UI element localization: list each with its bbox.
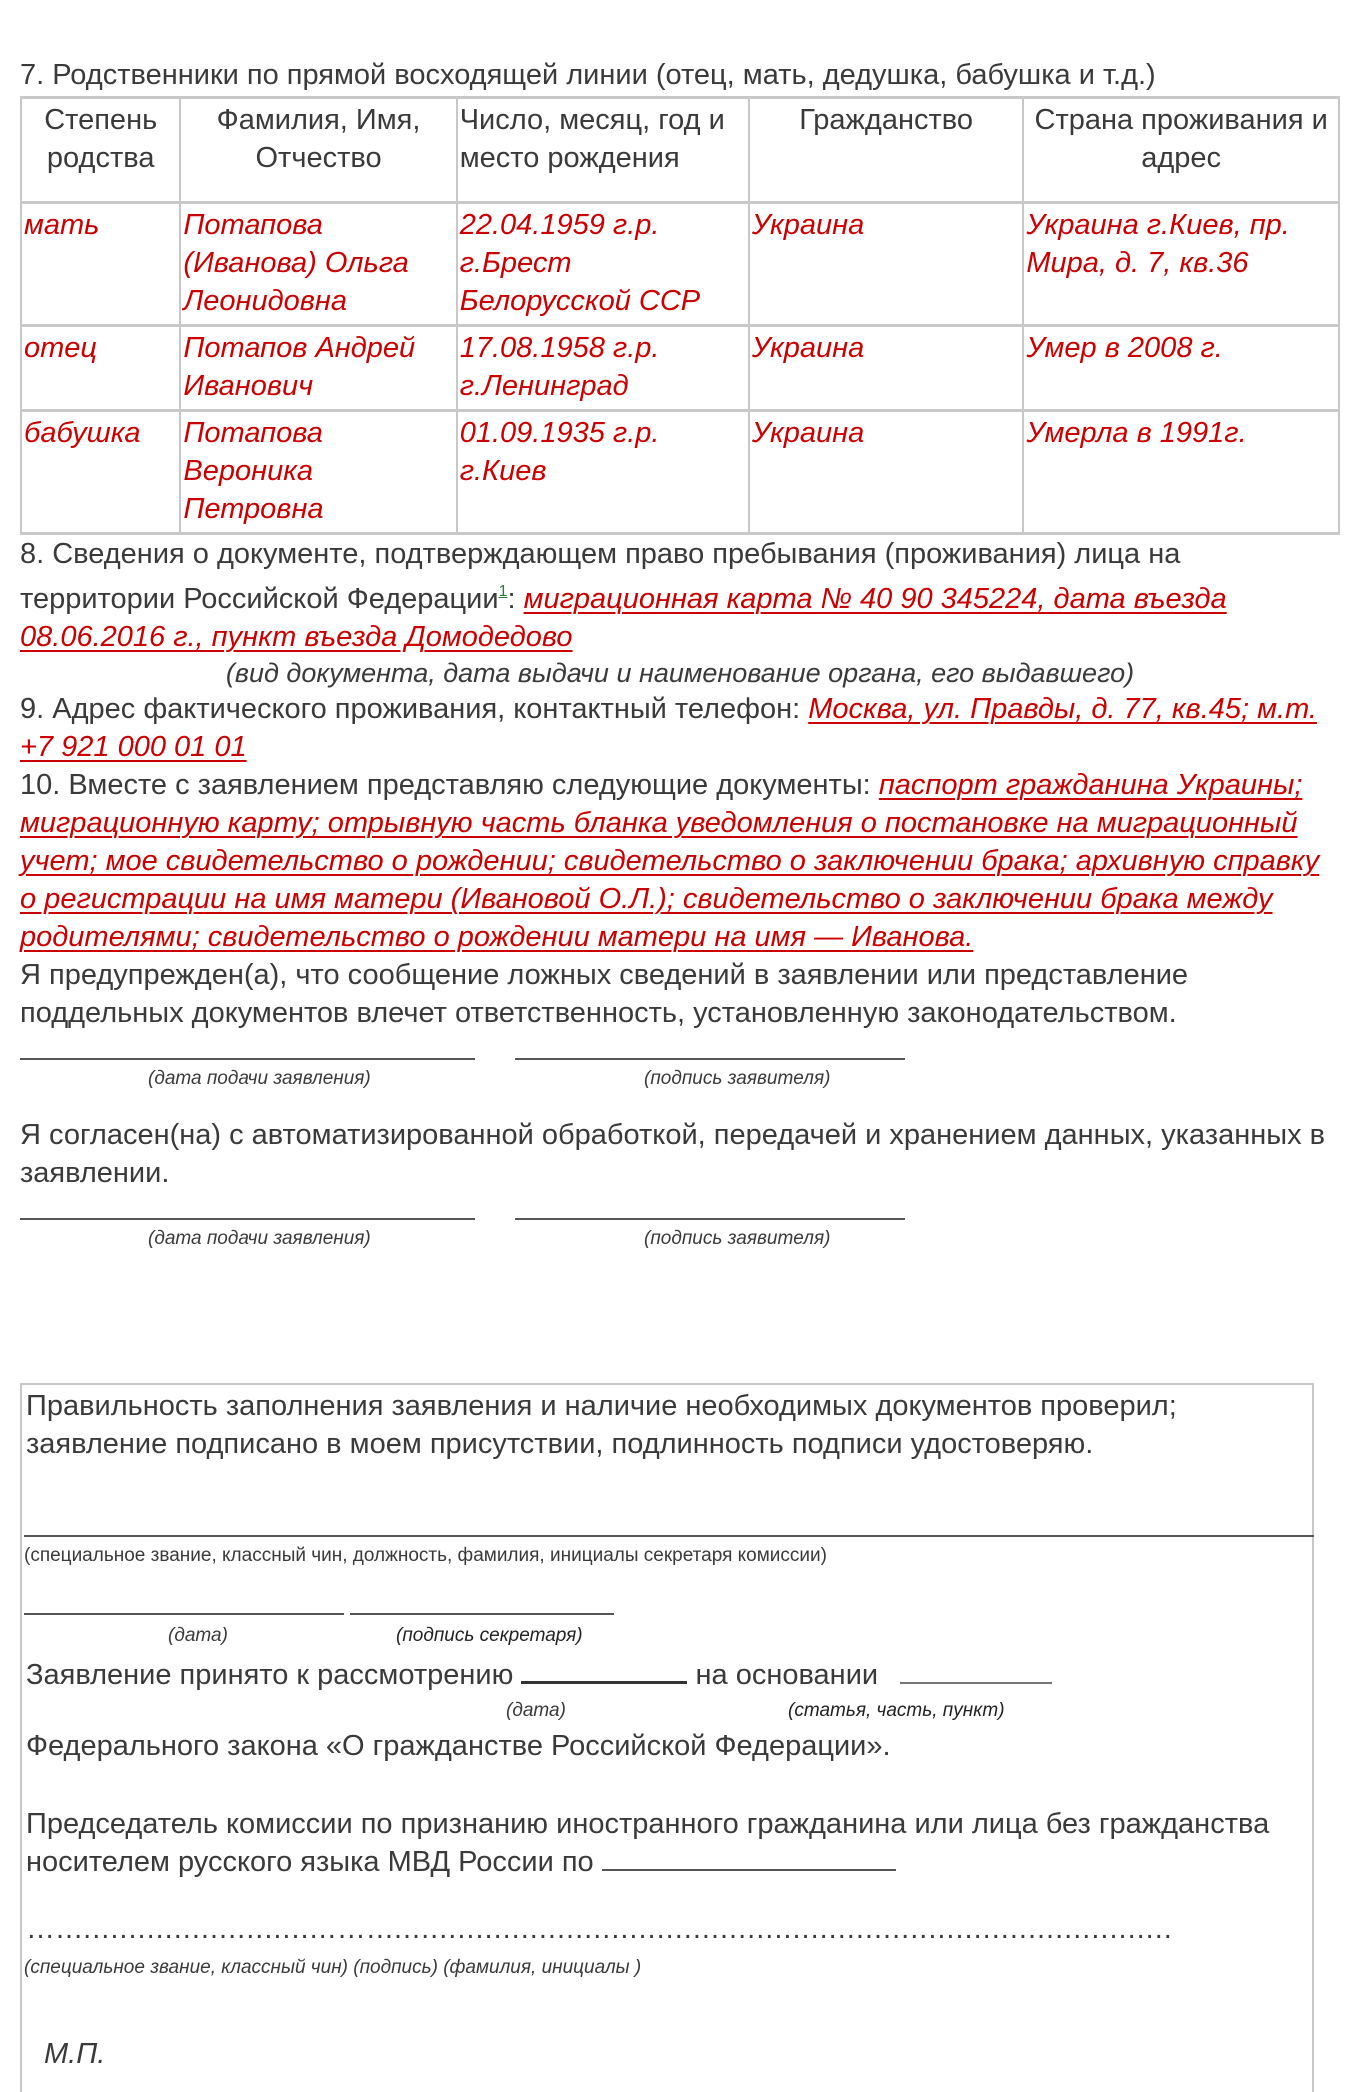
name-cell: Потапов Андрей Иванович [181,327,457,412]
secretary-signature-caption: (подпись секретаря) [396,1625,583,1647]
relatives-table: Степень родства Фамилия, Имя, Отчество Ч… [20,96,1340,535]
accepted-date-caption: (дата) [506,1700,566,1722]
birth-cell: 01.09.1935 г.р. г.Киев [458,412,750,535]
date-line[interactable] [20,1058,475,1060]
accepted-article-field[interactable] [900,1654,1052,1684]
name-cell: Потапова (Иванова) Ольга Леонидовна [181,204,457,327]
consent-text: Я согласен(на) с автоматизированной обра… [20,1116,1340,1192]
accepted-middle: на основании [696,1659,879,1691]
address-cell: Украина г.Киев, пр. Мира, д. 7, кв.36 [1024,204,1340,327]
warning-signature-row: (дата подачи заявления) (подпись заявите… [20,1032,1340,1098]
name-cell: Потапова Вероника Петровна [181,412,457,535]
table-row: мать Потапова (Иванова) Ольга Леонидовна… [22,204,1340,327]
signature-line[interactable] [515,1058,905,1060]
secretary-caption: (специальное звание, классный чин, должн… [24,1545,827,1567]
footnote-link[interactable]: 1 [499,583,508,600]
citizenship-cell: Украина [750,204,1024,327]
official-use-box: Правильность заполнения заявления и нали… [20,1383,1314,2092]
section-10-label: 10. Вместе с заявлением представляю след… [20,769,871,801]
region-field[interactable] [602,1845,896,1871]
secretary-signature-line[interactable] [350,1613,614,1615]
accepted-article-caption: (статья, часть, пункт) [788,1700,1005,1722]
column-header: Гражданство [750,99,1024,204]
section-7-title: 7. Родственники по прямой восходящей лин… [20,56,1340,94]
citizenship-cell: Украина [750,412,1024,535]
date-caption: (дата подачи заявления) [148,1228,371,1250]
table-header-row: Степень родства Фамилия, Имя, Отчество Ч… [22,99,1340,204]
relation-cell: отец [22,327,181,412]
relation-cell: мать [22,204,181,327]
column-header: Число, месяц, год и место рождения [458,99,750,204]
birth-cell: 22.04.1959 г.р. г.Брест Белорусской ССР [458,204,750,327]
accepted-line: Заявление принято к рассмотрению на осно… [26,1653,1052,1694]
check-text: Правильность заполнения заявления и нали… [26,1387,1266,1463]
chairman-caption: (специальное звание, классный чин) (подп… [24,1957,641,1979]
secretary-line[interactable] [24,1535,1314,1537]
birth-cell: 17.08.1958 г.р. г.Ленинград [458,327,750,412]
address-cell: Умерла в 1991г. [1024,412,1340,535]
law-text: Федерального закона «О гражданстве Росси… [26,1727,891,1765]
chairman-text: Председатель комиссии по признанию иност… [26,1805,1296,1881]
address-cell: Умер в 2008 г. [1024,327,1340,412]
column-header: Фамилия, Имя, Отчество [181,99,457,204]
signature-caption: (подпись заявителя) [644,1068,830,1090]
section-8-caption: (вид документа, дата выдачи и наименован… [20,656,1340,690]
accepted-date-field[interactable] [521,1653,687,1684]
consent-signature-row: (дата подачи заявления) (подпись заявите… [20,1192,1340,1258]
column-header: Степень родства [22,99,181,204]
section-9-label: 9. Адрес фактического проживания, контак… [20,693,800,725]
signature-caption: (подпись заявителя) [644,1228,830,1250]
table-row: отец Потапов Андрей Иванович 17.08.1958 … [22,327,1340,412]
date-line[interactable] [20,1218,475,1220]
accepted-prefix: Заявление принято к рассмотрению [26,1659,513,1691]
section-10: 10. Вместе с заявлением представляю след… [20,766,1340,956]
date-line[interactable] [24,1613,344,1615]
section-8: 8. Сведения о документе, подтверждающем … [20,535,1340,656]
application-form: 7. Родственники по прямой восходящей лин… [20,56,1340,1258]
table-row: бабушка Потапова Вероника Петровна 01.09… [22,412,1340,535]
column-header: Страна проживания и адрес [1024,99,1340,204]
stamp-place: М.П. [44,2038,105,2071]
signature-line[interactable] [515,1218,905,1220]
chairman-signature-dots[interactable]: …...............................….......… [26,1913,1173,1946]
date-caption: (дата подачи заявления) [148,1068,371,1090]
relation-cell: бабушка [22,412,181,535]
date-caption: (дата) [168,1625,228,1647]
warning-text: Я предупрежден(а), что сообщение ложных … [20,956,1340,1032]
citizenship-cell: Украина [750,327,1024,412]
section-9: 9. Адрес фактического проживания, контак… [20,690,1340,766]
